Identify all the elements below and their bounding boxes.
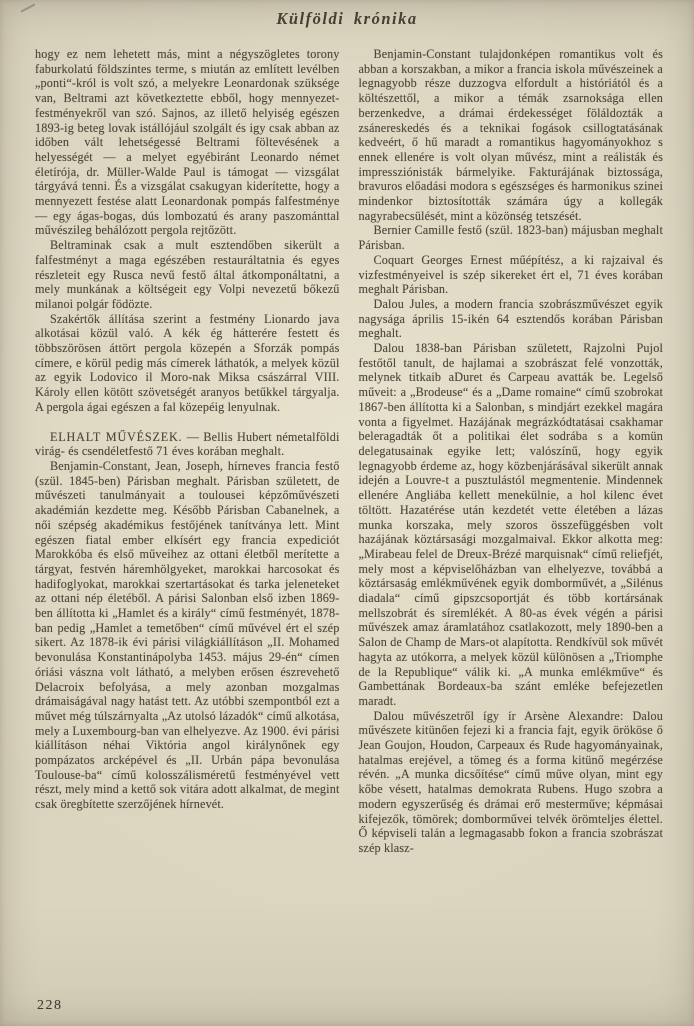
paragraph: Benjamin-Constant, Jean, Joseph, hírneve…	[35, 459, 340, 812]
paragraph: Szakértők állítása szerint a festmény Li…	[35, 312, 340, 415]
paragraph: Dalou művészetről így ír Arsène Alexandr…	[359, 709, 664, 856]
scanned-page: Külföldi krónika hogy ez nem lehetett má…	[0, 0, 694, 1026]
paragraph: Bernier Camille festő (szül. 1823-ban) m…	[359, 223, 664, 252]
page-header-title: Külföldi krónika	[0, 0, 694, 38]
page-number: 228	[37, 998, 63, 1014]
paragraph: Beltraminak csak a mult esztendőben sike…	[35, 238, 340, 312]
paragraph: Dalou Jules, a modern francia szobrászmű…	[359, 297, 664, 341]
paragraph: Coquart Georges Ernest műépítész, a ki r…	[359, 253, 664, 297]
paragraph: ELHALT MŰVÉSZEK. — Bellis Hubert németal…	[35, 430, 340, 459]
paragraph: Dalou 1838-ban Párisban született, Rajzo…	[359, 341, 664, 709]
right-column: Benjamin-Constant tulajdonképen romantik…	[359, 47, 664, 999]
text-columns: hogy ez nem lehetett más, mint a négyszö…	[0, 38, 694, 999]
section-heading: ELHALT MŰVÉSZEK.	[50, 430, 182, 444]
left-column: hogy ez nem lehetett más, mint a négyszö…	[35, 47, 340, 999]
paragraph: hogy ez nem lehetett más, mint a négyszö…	[35, 47, 340, 238]
paragraph: Benjamin-Constant tulajdonképen romantik…	[359, 47, 664, 223]
